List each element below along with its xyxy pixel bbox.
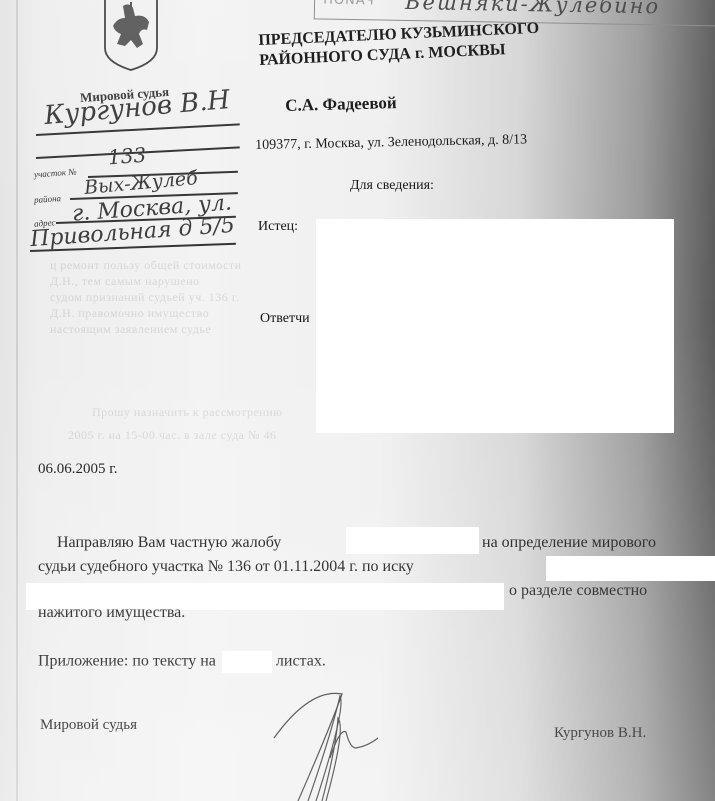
bleed-through-text: настоящим заявлением судье [50,322,211,337]
redaction-box-plaintiff [546,556,715,581]
attachment-line: Приложение: по тексту налистах. [38,651,326,673]
addressee-title: ПРЕДСЕДАТЕЛЮ КУЗЬМИНСКОГО РАЙОННОГО СУДА… [258,19,540,71]
signatory-name: Кургунов В.Н. [554,725,646,742]
document-page: РАЙОН Вешняки-Жулебино Мировой судья Кур… [0,0,715,801]
moscow-coat-of-arms-icon [101,0,161,72]
attachment-text: Приложение: по тексту на [38,653,216,670]
attachment-suffix: листах. [276,653,326,670]
addressee-name: С.А. Фадеевой [285,93,397,116]
bleed-through-text: судом признаний судьей уч. 136 г. [50,290,239,305]
bleed-through-text: Прошу назначить к рассмотрению [92,405,283,420]
bleed-through-text: Д.Н., тем самым нарушено [50,274,200,289]
district-label: района [34,193,62,205]
bleed-through-text: ц ремонт пользу общей стоимости [50,258,242,273]
stamp-label: РАЙОН [322,0,374,8]
document-date: 06.06.2005 г. [38,461,117,478]
plot-label: участок № [34,167,77,180]
page-edge [16,0,18,801]
defendant-label: Ответчи [260,311,310,327]
signature-icon [270,688,410,801]
body-line4: нажитого имущества. [38,604,185,622]
redaction-box-pages [222,651,272,673]
redaction-box-appellant [346,527,479,554]
plaintiff-label: Истец: [258,219,298,235]
plot-number-handwritten: 133 [107,143,147,170]
body-line3-end: о разделе совместно [509,582,647,600]
bleed-through-text: Д.Н. правомочно имущество [50,306,209,321]
body-line2: судьи судебного участка № 136 от 01.11.2… [38,558,414,576]
body-line1-start: Направляю Вам частную жалобу [57,534,281,552]
signatory-role: Мировой судья [40,717,137,734]
redaction-box-parties [316,219,674,433]
body-line1-end: на определение мирового [482,534,656,552]
for-info-label: Для сведения: [350,178,434,194]
stamp-handwriting: Вешняки-Жулебино [405,0,660,18]
addressee-address: 109377, г. Москва, ул. Зеленодольская, д… [255,132,527,154]
bleed-through-text: 2005 г. на 15-00 час. в зале суда № 46 [68,428,276,443]
